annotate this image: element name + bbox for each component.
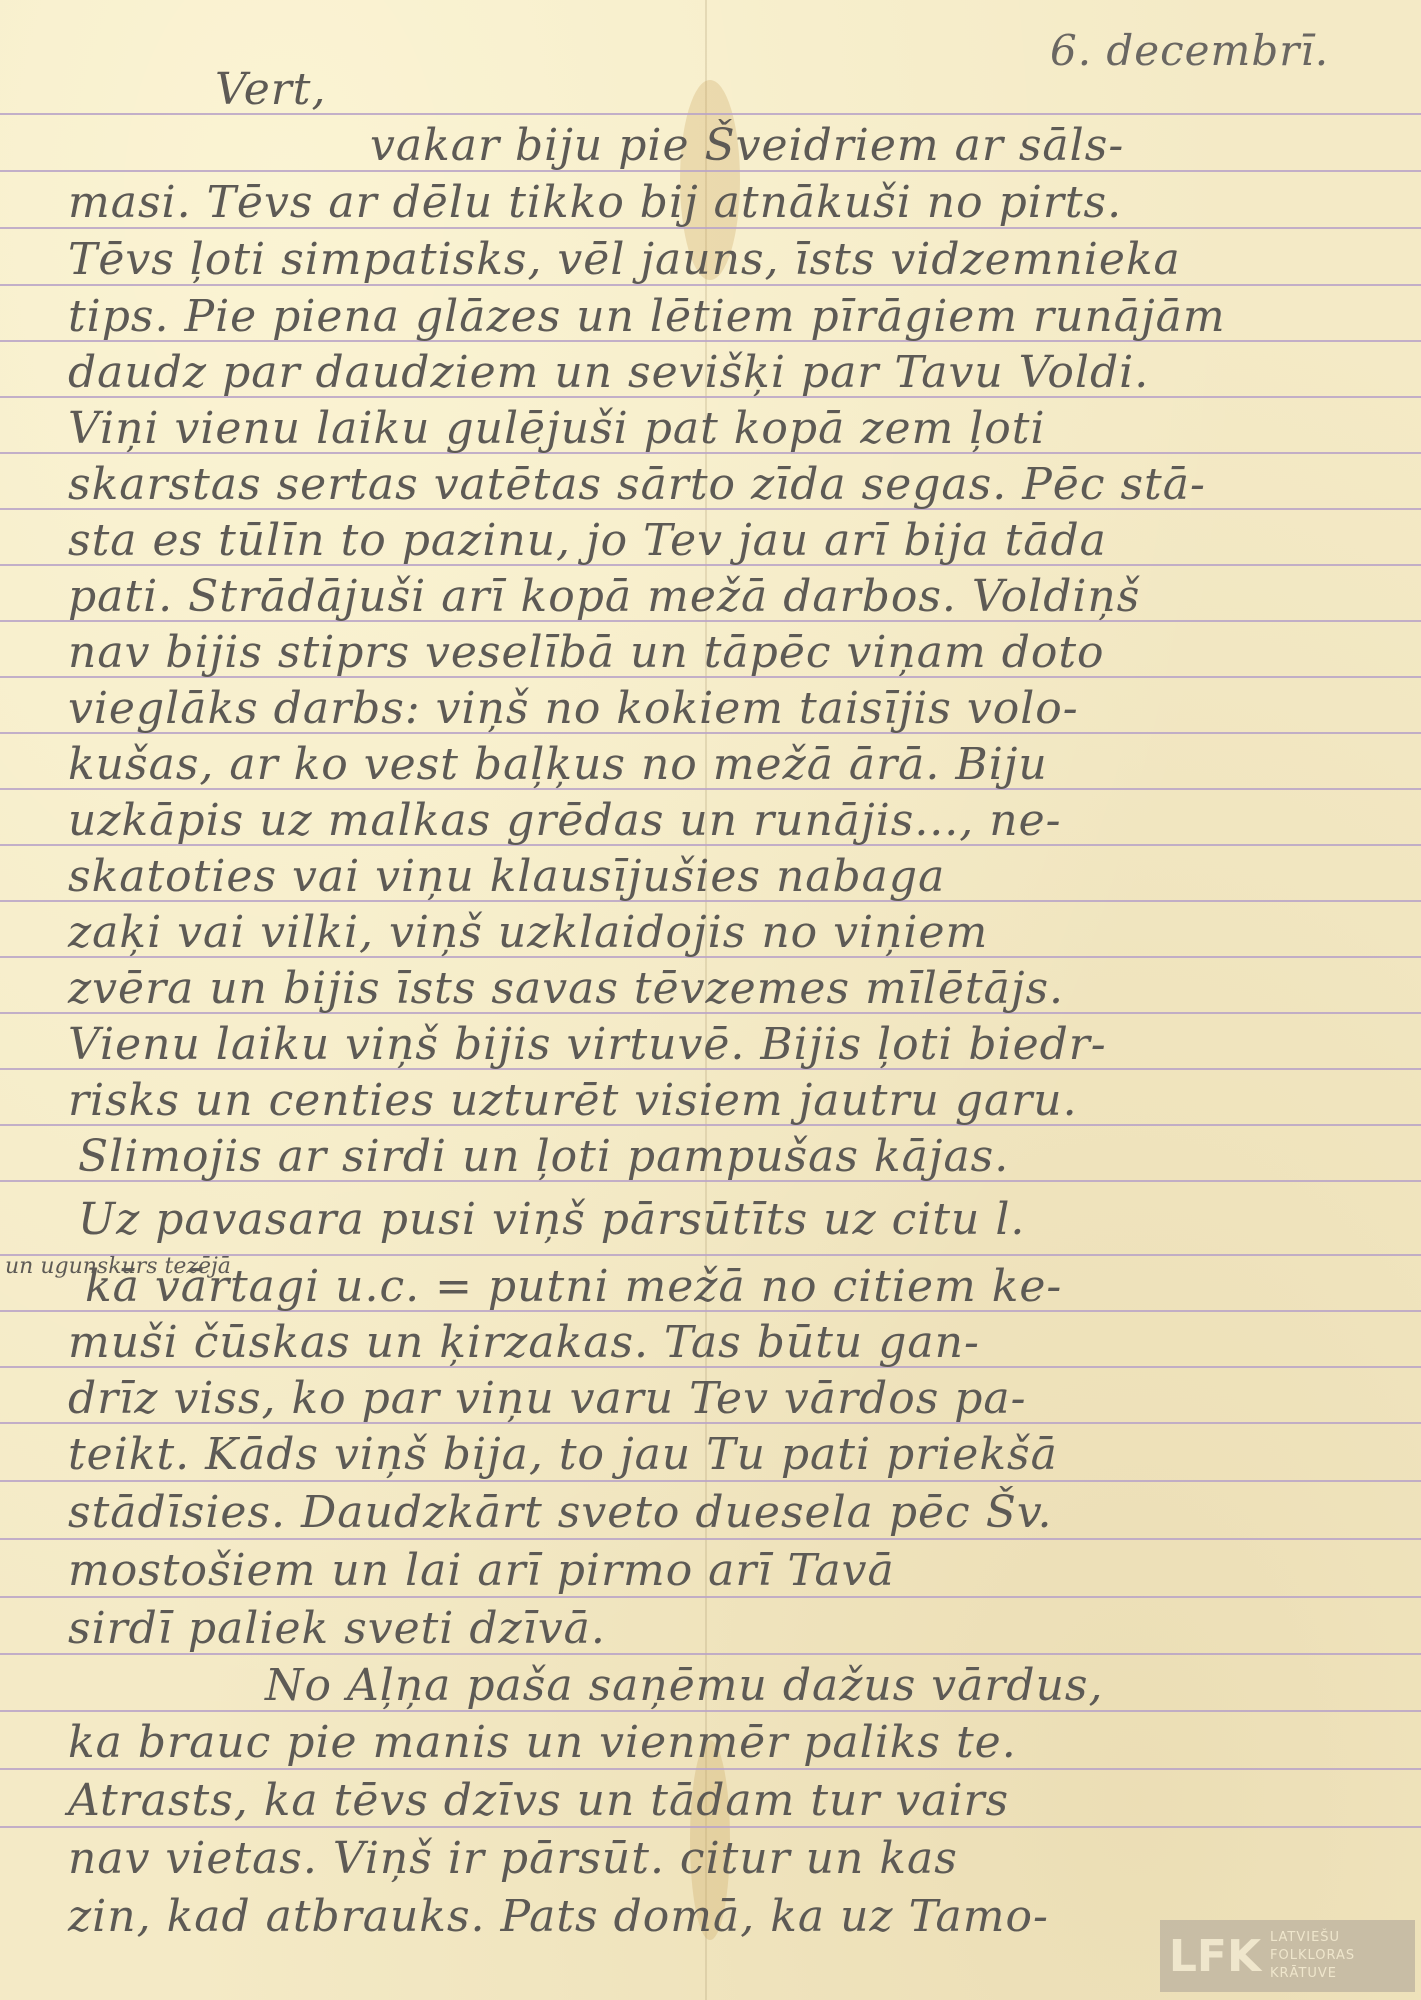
- letter-line: muši čūskas un ķirzakas. Tas būtu gan-: [68, 1321, 980, 1365]
- letter-line: ka brauc pie manis un vienmēr paliks te.: [68, 1721, 1017, 1765]
- letter-line: zaķi vai vilki, viņš uzklaidojis no viņi…: [68, 911, 988, 955]
- archive-watermark: LFK LATVIEŠU FOLKLORAS KRĀTUVE: [1160, 1920, 1415, 1992]
- letter-line: zin, kad atbrauks. Pats domā, ka uz Tamo…: [68, 1895, 1049, 1939]
- letter-line: nav bijis stiprs veselībā un tāpēc viņam…: [68, 631, 1105, 675]
- letter-line: tips. Pie piena glāzes un lētiem pīrāgie…: [68, 295, 1226, 339]
- letter-line: mostošiem un lai arī pirmo arī Tavā: [68, 1549, 895, 1593]
- lfk-logo-icon: LFK: [1160, 1920, 1270, 1992]
- letter-line: Atrasts, ka tēvs dzīvs un tādam tur vair…: [68, 1779, 1009, 1823]
- watermark-line: LATVIEŠU: [1270, 1929, 1355, 1947]
- watermark-line: KRĀTUVE: [1270, 1965, 1355, 1983]
- letter-line: nav vietas. Viņš ir pārsūt. citur un kas: [68, 1837, 958, 1881]
- letter-line: zvēra un bijis īsts savas tēvzemes mīlēt…: [68, 967, 1064, 1011]
- ruled-line: [0, 1768, 1421, 1770]
- letter-line: Viņi vienu laiku gulējuši pat kopā zem ļ…: [68, 407, 1046, 451]
- letter-line: sta es tūlīn to pazinu, jo Tev jau arī b…: [68, 519, 1107, 563]
- letter-line: risks un centies uzturēt visiem jautru g…: [68, 1079, 1078, 1123]
- letter-line: sirdī paliek sveti dzīvā.: [68, 1607, 606, 1651]
- letter-line: teikt. Kāds viņš bija, to jau Tu pati pr…: [68, 1433, 1058, 1477]
- letter-line: masi. Tēvs ar dēlu tikko bij atnākuši no…: [68, 181, 1122, 225]
- letter-line: kā vārtagi u.c. = putni mežā no citiem k…: [85, 1265, 1062, 1309]
- ruled-line: [0, 1826, 1421, 1828]
- letter-line: drīz viss, ko par viņu varu Tev vārdos p…: [68, 1377, 1027, 1421]
- letter-line: stādīsies. Daudzkārt sveto duesela pēc Š…: [68, 1491, 1052, 1535]
- letter-line: skarstas sertas vatētas sārto zīda segas…: [68, 463, 1206, 507]
- letter-line: Slimojis ar sirdi un ļoti pampušas kājas…: [78, 1135, 1009, 1179]
- watermark-line: FOLKLORAS: [1270, 1947, 1355, 1965]
- ruled-line: [0, 113, 1421, 115]
- letter-line: Tēvs ļoti simpatisks, vēl jauns, īsts vi…: [68, 238, 1181, 282]
- letter-line: daudz par daudziem un sevišķi par Tavu V…: [68, 351, 1149, 395]
- letter-line: Uz pavasara pusi viņš pārsūtīts uz citu …: [78, 1198, 1025, 1242]
- letter-line: skatoties vai viņu klausījušies nabaga: [68, 855, 945, 899]
- ruled-line: [0, 1538, 1421, 1540]
- letter-line: kušas, ar ko vest baļķus no mežā ārā. Bi…: [68, 743, 1048, 787]
- ruled-line: [0, 1480, 1421, 1482]
- letter-line: vieglāks darbs: viņš no kokiem taisījis …: [68, 687, 1079, 731]
- watermark-text: LATVIEŠU FOLKLORAS KRĀTUVE: [1270, 1929, 1355, 1983]
- letter-page: 6. decembrī. Vert, vakar biju pie Šveidr…: [0, 0, 1421, 2000]
- letter-line: No Aļņa paša saņēmu dažus vārdus,: [265, 1664, 1104, 1708]
- salutation: Vert,: [215, 68, 326, 112]
- ruled-line: [0, 1596, 1421, 1598]
- letter-line: uzkāpis uz malkas grēdas un runājis..., …: [68, 799, 1062, 843]
- letter-line: Vienu laiku viņš bijis virtuvē. Bijis ļo…: [68, 1023, 1107, 1067]
- letter-line: pati. Strādājuši arī kopā mežā darbos. V…: [68, 575, 1140, 619]
- letter-date: 6. decembrī.: [1050, 30, 1329, 72]
- letter-line: vakar biju pie Šveidriem ar sāls-: [370, 124, 1124, 168]
